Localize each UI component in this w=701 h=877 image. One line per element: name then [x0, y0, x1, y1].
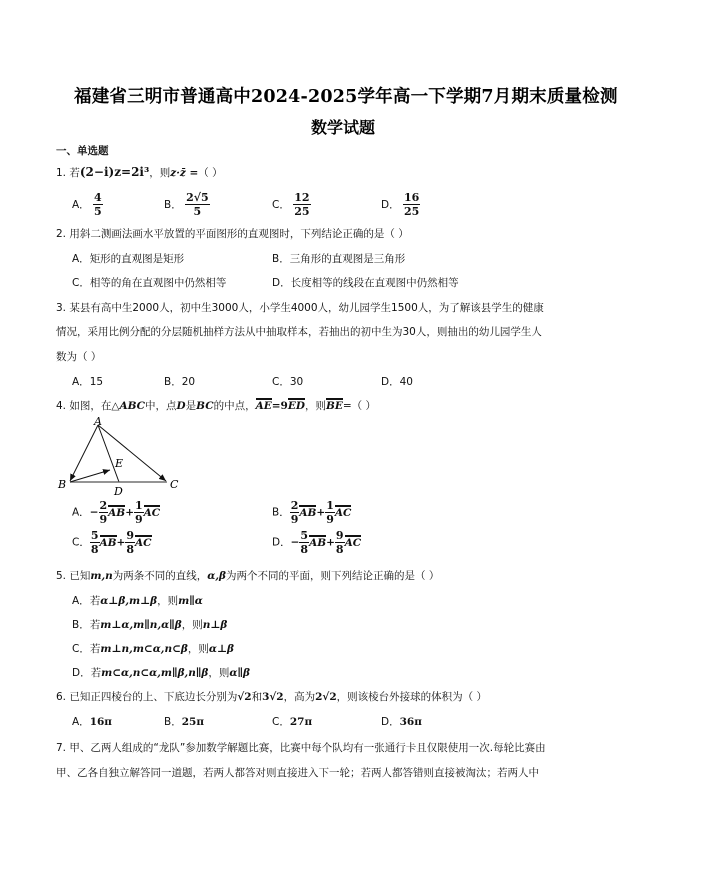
question-number: 7.: [56, 742, 66, 754]
triangle-figure: A B C D E: [52, 415, 192, 500]
question-2-option-d[interactable]: D．长度相等的线段在直观图中仍然相等: [272, 275, 459, 290]
question-2-stem: 2. 用斜二测画法画水平放置的平面图形的直观图时，下列结论正确的是（ ）: [56, 226, 409, 241]
question-6-stem: 6. 已知正四棱台的上、下底边长分别为√2和3√2，高为2√2，则该棱台外接球的…: [56, 689, 487, 704]
vector: BE: [326, 400, 343, 412]
question-6-option-d[interactable]: D．36π: [381, 714, 422, 729]
question-1-option-d[interactable]: D． 1625: [381, 192, 420, 217]
question-4-stem: 4. 如图，在△ABC中，点D是BC的中点，AE=9ED，则BE=（ ）: [56, 398, 376, 413]
question-number: 3.: [56, 302, 66, 314]
question-1-option-c[interactable]: C． 1225: [272, 192, 311, 217]
label-d: D: [113, 485, 123, 498]
label-e: E: [114, 457, 123, 470]
question-number: 5.: [56, 570, 66, 582]
question-5-option-a[interactable]: A．若α⊥β,m⊥β，则m∥α: [72, 593, 203, 608]
question-2-option-a[interactable]: A．矩形的直观图是矩形: [72, 251, 184, 266]
question-1-option-b[interactable]: B． 2√55: [164, 192, 210, 217]
question-2-option-b[interactable]: B．三角形的直观图是三角形: [272, 251, 405, 266]
question-number: 2.: [56, 228, 66, 240]
question-3-stem-line-2: 情况，采用比例分配的分层随机抽样方法从中抽取样本，若抽出的初中生为30人，则抽出…: [56, 324, 542, 339]
question-5-option-b[interactable]: B．若m⊥α,m∥n,α∥β，则n⊥β: [72, 617, 227, 632]
vector: AE: [256, 400, 272, 412]
question-number: 4.: [56, 400, 66, 412]
math-expression: z·z̄ =: [170, 167, 198, 179]
question-7-stem-line-1: 7. 甲、乙两人组成的“龙队”参加数学解题比赛，比赛中每个队均有一张通行卡且仅限…: [56, 740, 546, 755]
fraction: 45: [93, 192, 103, 217]
section-heading-single-choice: 一、单选题: [56, 143, 109, 158]
question-4-option-c[interactable]: C．58AB+98AC: [72, 530, 152, 555]
fraction: 2√55: [185, 192, 210, 217]
question-3-option-c[interactable]: C．30: [272, 374, 303, 389]
question-5-option-c[interactable]: C．若m⊥n,m⊂α,n⊂β，则α⊥β: [72, 641, 234, 656]
question-5-option-d[interactable]: D．若m⊂α,n⊂α,m∥β,n∥β，则α∥β: [72, 665, 250, 680]
question-1-option-a[interactable]: A． 45: [72, 192, 103, 217]
question-6-option-a[interactable]: A．16π: [72, 714, 112, 729]
fraction: 1625: [403, 192, 420, 217]
question-3-stem-line-1: 3. 某县有高中生2000人，初中生3000人，小学生4000人，幼儿园学生15…: [56, 300, 544, 315]
label-a: A: [93, 415, 102, 428]
document-title: 福建省三明市普通高中2024-2025学年高一下学期7月期末质量检测: [74, 83, 618, 108]
question-1-stem: 1. 若(2−i)z=2i³，则z·z̄ =（ ）: [56, 165, 223, 180]
label-b: B: [57, 478, 66, 491]
math-expression: (2−i)z=2i³: [80, 165, 149, 179]
question-5-stem: 5. 已知m,n为两条不同的直线，α,β为两个不同的平面，则下列结论正确的是（ …: [56, 568, 439, 583]
question-3-stem-line-3: 数为（ ）: [56, 349, 101, 364]
question-6-option-c[interactable]: C．27π: [272, 714, 312, 729]
question-number: 1.: [56, 167, 66, 179]
question-3-option-a[interactable]: A．15: [72, 374, 103, 389]
question-number: 6.: [56, 691, 66, 703]
question-6-option-b[interactable]: B．25π: [164, 714, 204, 729]
question-3-option-d[interactable]: D．40: [381, 374, 413, 389]
question-4-option-a[interactable]: A．−29AB+19AC: [72, 500, 160, 525]
question-2-option-c[interactable]: C．相等的角在直观图中仍然相等: [72, 275, 226, 290]
question-7-stem-line-2: 甲、乙各自独立解答同一道题，若两人都答对则直接进入下一轮；若两人都答错则直接被淘…: [56, 765, 539, 780]
vector: ED: [288, 400, 305, 412]
question-3-option-b[interactable]: B．20: [164, 374, 195, 389]
fraction: 1225: [293, 192, 310, 217]
question-4-option-d[interactable]: D．−58AB+98AC: [272, 530, 361, 555]
label-c: C: [170, 478, 179, 491]
question-4-option-b[interactable]: B．29AB+19AC: [272, 500, 351, 525]
document-subtitle: 数学试题: [311, 115, 375, 138]
